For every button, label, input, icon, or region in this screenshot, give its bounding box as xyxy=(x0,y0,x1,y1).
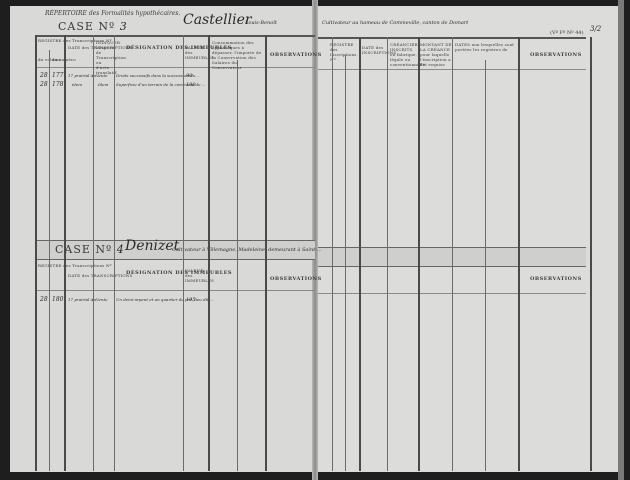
col-rule xyxy=(387,37,388,471)
entry-numero: 177 xyxy=(52,72,63,79)
col-conservation: Consommation des hypothèques à dépasser,… xyxy=(212,40,264,70)
col-rule xyxy=(332,37,333,471)
col-indique: INDIQUER l'Espèce de Transcription ou d'… xyxy=(96,40,114,75)
col-montant: MONTANT DE LA CRÉANCE pour laquelle l'in… xyxy=(420,42,452,67)
col-rule xyxy=(237,60,238,471)
col-observations-left: OBSERVATIONS xyxy=(270,52,322,58)
col-rule xyxy=(114,35,115,471)
col-rule xyxy=(49,50,50,471)
col-rule xyxy=(64,35,66,471)
entry-date: 17 prairial An xyxy=(68,73,96,78)
col-rule xyxy=(590,37,592,471)
case-number: 3 xyxy=(120,20,128,33)
col-valeur: VALEUR des IMMEUBLES xyxy=(185,45,207,60)
entry-type: Idem xyxy=(98,82,108,87)
col-designation: DÉSIGNATION DES IMMEUBLES xyxy=(126,270,232,276)
header-bottom-left xyxy=(35,67,315,68)
case-3-label: CASE Nº 3 xyxy=(58,20,128,33)
col-rule xyxy=(485,60,486,471)
entry-date: idem xyxy=(72,82,82,87)
col-rule xyxy=(265,35,267,471)
col-registre-insc: REGISTRE des Inscriptions Nº xyxy=(330,42,356,62)
ledger-header-title: RÉPERTOIRE des Formalités hypothécaires. xyxy=(45,10,180,17)
entry-valeur: 100 xyxy=(186,82,196,88)
page-number: 3/2 xyxy=(590,25,601,33)
entry-volume: 28 xyxy=(40,72,48,79)
entry-numero: 178 xyxy=(52,81,63,88)
entry-numero: 180 xyxy=(52,296,63,303)
col-valeur: VALEUR des IMMEUBLES xyxy=(185,268,207,283)
col-observations-right: OBSERVATIONS xyxy=(530,52,582,58)
entry-valeur: 90 xyxy=(186,73,192,79)
col-rule xyxy=(452,37,453,471)
entry-type: Vente xyxy=(96,297,107,302)
case-3-owner-details: Louis-Benoît xyxy=(245,20,277,26)
entry-designation: Un demi-arpent et un quartier de pré, li… xyxy=(116,297,214,302)
entry-valeur: 195 xyxy=(186,297,196,303)
col-creanciers: CRÉANCIERS INSCRITS ou fabrique, légale … xyxy=(390,42,418,67)
case-number: 4 xyxy=(117,243,125,256)
case-label: CASE Nº xyxy=(58,20,115,33)
entry-date: 17 prairial An xyxy=(68,297,96,302)
col-rule xyxy=(93,35,94,471)
col-rule xyxy=(345,55,346,471)
col-rule xyxy=(35,35,37,471)
case-3-owner-name: Castellier xyxy=(183,12,252,28)
col-rule xyxy=(208,35,210,471)
col-date: DATE des TRANSCRIPTIONS xyxy=(68,273,133,278)
entry-volume: 28 xyxy=(40,81,48,88)
right-page xyxy=(316,6,618,472)
entry-type: Vente xyxy=(96,73,107,78)
page-reference: (Vº Fº Nº 44) xyxy=(550,30,584,36)
case-4-owner-details: Cultivateur à Villemagne, Madeleine, dem… xyxy=(172,247,322,253)
col-dates: DATES aux lesquelles sont portées les re… xyxy=(455,42,517,52)
col-rule xyxy=(418,37,420,471)
entry-volume: 28 xyxy=(40,296,48,303)
case-4-header-bottom-left xyxy=(35,290,315,291)
col-observations-left: OBSERVATIONS xyxy=(270,276,322,282)
case-3-right-details: Cultivateur au hameau de Commeville, can… xyxy=(322,20,468,26)
table-top-border-left xyxy=(35,35,315,37)
col-date-insc: DATE des INSCRIPTIONS xyxy=(362,45,388,55)
col-observations-right: OBSERVATIONS xyxy=(530,276,582,282)
page-edge xyxy=(618,0,624,480)
col-rule xyxy=(359,37,361,471)
col-rule xyxy=(183,35,184,471)
col-rule xyxy=(518,37,520,471)
